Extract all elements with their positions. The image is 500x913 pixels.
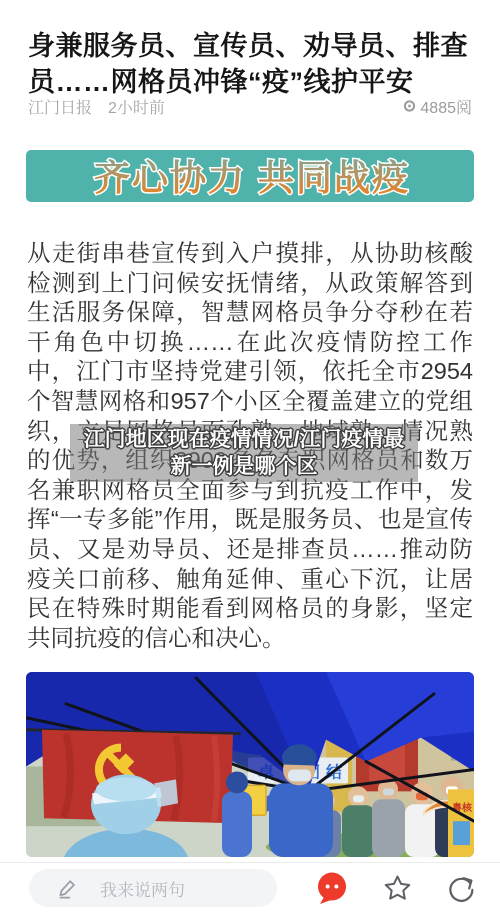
- slogan-banner-image[interactable]: 齐心协力 共同战疫: [26, 150, 474, 202]
- comment-bubble-icon: [315, 871, 348, 905]
- star-icon: [382, 873, 413, 903]
- testing-booth: 粤核: [448, 789, 474, 857]
- favorite-button[interactable]: [379, 870, 415, 906]
- publish-time: 2小时前: [108, 95, 165, 118]
- view-count-text: 4885阅: [420, 95, 472, 118]
- view-count: 4885阅: [402, 95, 472, 118]
- comment-placeholder: 我来说两句: [100, 876, 185, 901]
- bottom-action-bar: 我来说两句: [0, 862, 500, 913]
- article-photo[interactable]: 卓 团结 粤核: [26, 672, 474, 857]
- page-title: 身兼服务员、宣传员、劝导员、排查员……网格员冲锋“疫”线护平安: [28, 28, 474, 100]
- pencil-icon: [57, 878, 78, 899]
- article-meta: 江门日报 2小时前 4885阅: [28, 95, 472, 117]
- article-body-text: 从走街串巷宣传到入户摸排，从协助核酸检测到上门问候安抚情绪，从政策解答到生活服务…: [27, 239, 473, 653]
- eye-icon: [402, 100, 417, 112]
- comments-button[interactable]: [313, 870, 349, 906]
- source-name[interactable]: 江门日报: [28, 95, 92, 118]
- comment-input[interactable]: 我来说两句: [29, 869, 277, 907]
- article-page: 身兼服务员、宣传员、劝导员、排查员……网格员冲锋“疫”线护平安 江门日报 2小时…: [0, 0, 500, 913]
- share-circle-arrow-icon: [446, 873, 477, 904]
- banner-slogan-text: 齐心协力 共同战疫: [94, 157, 410, 198]
- share-button[interactable]: [443, 870, 479, 906]
